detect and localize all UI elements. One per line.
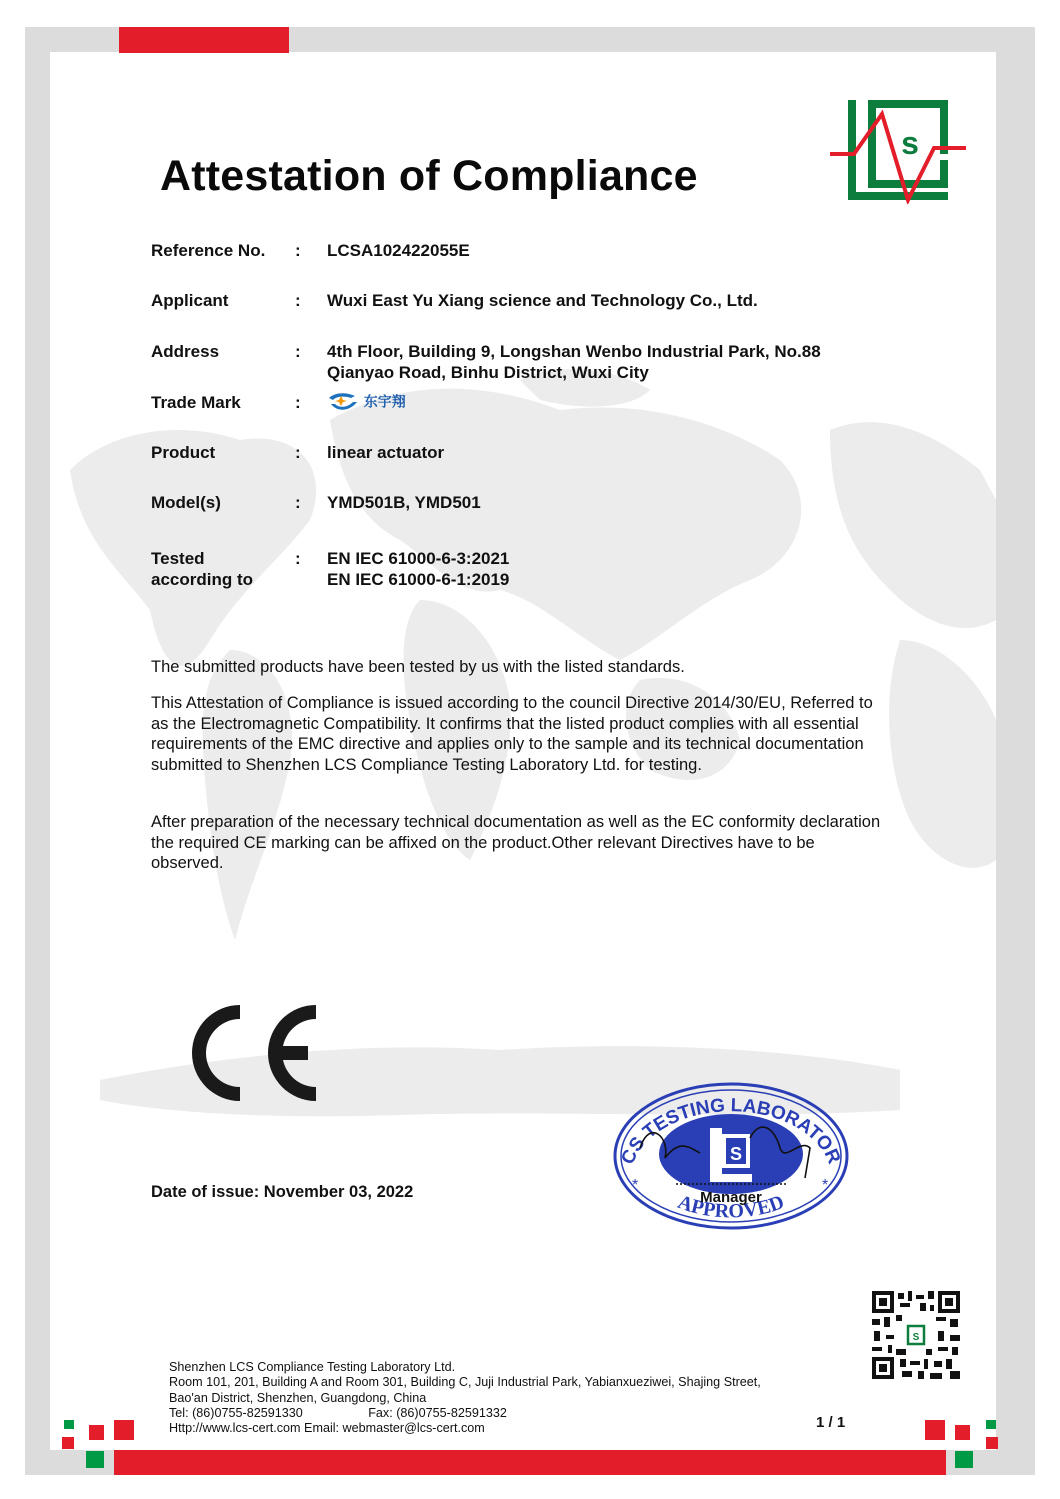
footer-tel: Tel: (86)0755-82591330 <box>169 1406 303 1420</box>
decor-square <box>86 1451 104 1468</box>
svg-text:S: S <box>730 1144 742 1164</box>
field-label: Applicant <box>151 290 291 311</box>
decor-square <box>986 1420 996 1429</box>
field-label: Reference No. <box>151 240 291 261</box>
document-title: Attestation of Compliance <box>160 152 698 201</box>
footer-company: Shenzhen LCS Compliance Testing Laborato… <box>169 1360 761 1375</box>
bottom-red-bar <box>114 1450 946 1475</box>
applicant-name: Wuxi East Yu Xiang science and Technolog… <box>327 290 758 311</box>
field-label: Product <box>151 442 291 463</box>
paragraph-directive: This Attestation of Compliance is issued… <box>151 693 891 775</box>
paragraph-ce-marking: After preparation of the necessary techn… <box>151 812 891 874</box>
footer-contact: Shenzhen LCS Compliance Testing Laborato… <box>169 1360 761 1436</box>
lcs-logo-icon: s <box>826 96 968 204</box>
svg-text:*: * <box>632 1177 638 1194</box>
page-number: 1 / 1 <box>816 1414 845 1431</box>
address-line-2: Qianyao Road, Binhu District, Wuxi City <box>327 362 649 383</box>
svg-text:Manager: Manager <box>700 1189 762 1206</box>
field-label: according to <box>151 569 291 590</box>
decor-square <box>986 1437 998 1449</box>
ce-mark-icon <box>178 1003 318 1103</box>
svg-text:*: * <box>822 1177 828 1194</box>
decor-square <box>955 1451 973 1468</box>
trademark-text: 东宇翔 <box>364 394 406 410</box>
decor-square <box>925 1420 945 1440</box>
paragraph-tested: The submitted products have been tested … <box>151 657 891 678</box>
decor-square <box>64 1420 74 1429</box>
decor-square <box>89 1425 104 1440</box>
svg-text:s: s <box>901 125 919 161</box>
approval-stamp: LCS TESTING LABORATORY APPROVED * * S Ma… <box>610 1078 852 1230</box>
qr-code[interactable]: S <box>872 1291 960 1379</box>
decor-square <box>62 1437 74 1449</box>
field-label: Tested <box>151 548 291 569</box>
standard-2: EN IEC 61000-6-1:2019 <box>327 569 509 590</box>
trademark-logo-icon: 东宇翔 <box>327 390 406 414</box>
product-name: linear actuator <box>327 442 444 463</box>
footer-address-2: Bao'an District, Shenzhen, Guangdong, Ch… <box>169 1391 761 1406</box>
top-red-bar <box>119 27 289 53</box>
field-label: Trade Mark <box>151 392 291 413</box>
field-label: Model(s) <box>151 492 291 513</box>
address-line-1: 4th Floor, Building 9, Longshan Wenbo In… <box>327 341 821 362</box>
reference-number: LCSA102422055E <box>327 240 470 261</box>
field-label: Address <box>151 341 291 362</box>
footer-address-1: Room 101, 201, Building A and Room 301, … <box>169 1375 761 1390</box>
standard-1: EN IEC 61000-6-3:2021 <box>327 548 509 569</box>
decor-square <box>114 1420 134 1440</box>
svg-text:S: S <box>913 1332 920 1343</box>
model-numbers: YMD501B, YMD501 <box>327 492 481 513</box>
footer-fax: Fax: (86)0755-82591332 <box>368 1406 507 1421</box>
decor-square <box>955 1425 970 1440</box>
footer-web-email[interactable]: Http://www.lcs-cert.com Email: webmaster… <box>169 1421 761 1436</box>
date-of-issue: Date of issue: November 03, 2022 <box>151 1183 413 1202</box>
